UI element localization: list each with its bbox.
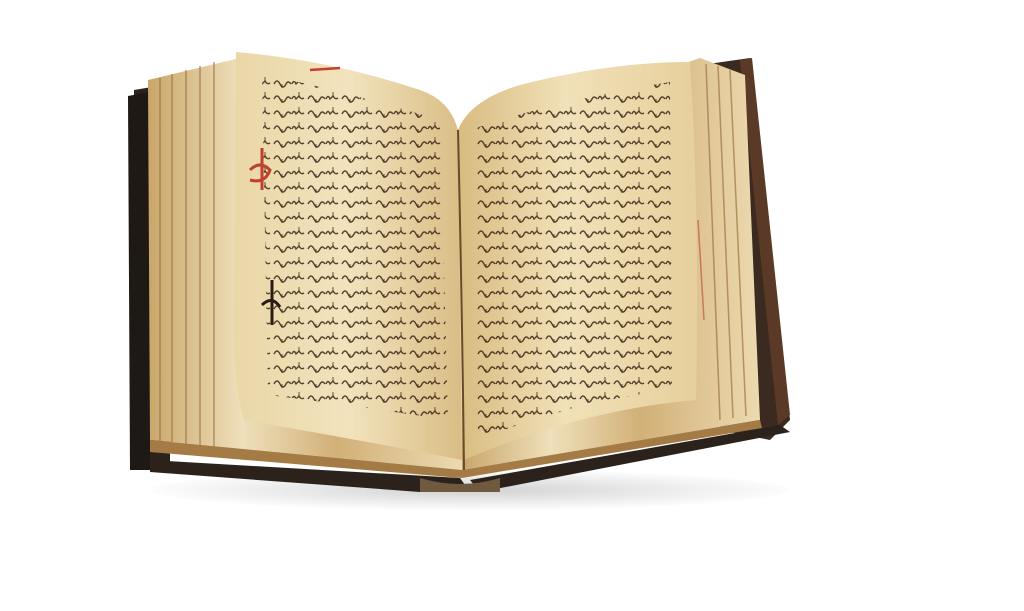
- right-page: [458, 62, 697, 460]
- manuscript-photo: [0, 0, 1024, 611]
- manuscript-book: [0, 0, 1024, 611]
- left-page: [234, 52, 462, 460]
